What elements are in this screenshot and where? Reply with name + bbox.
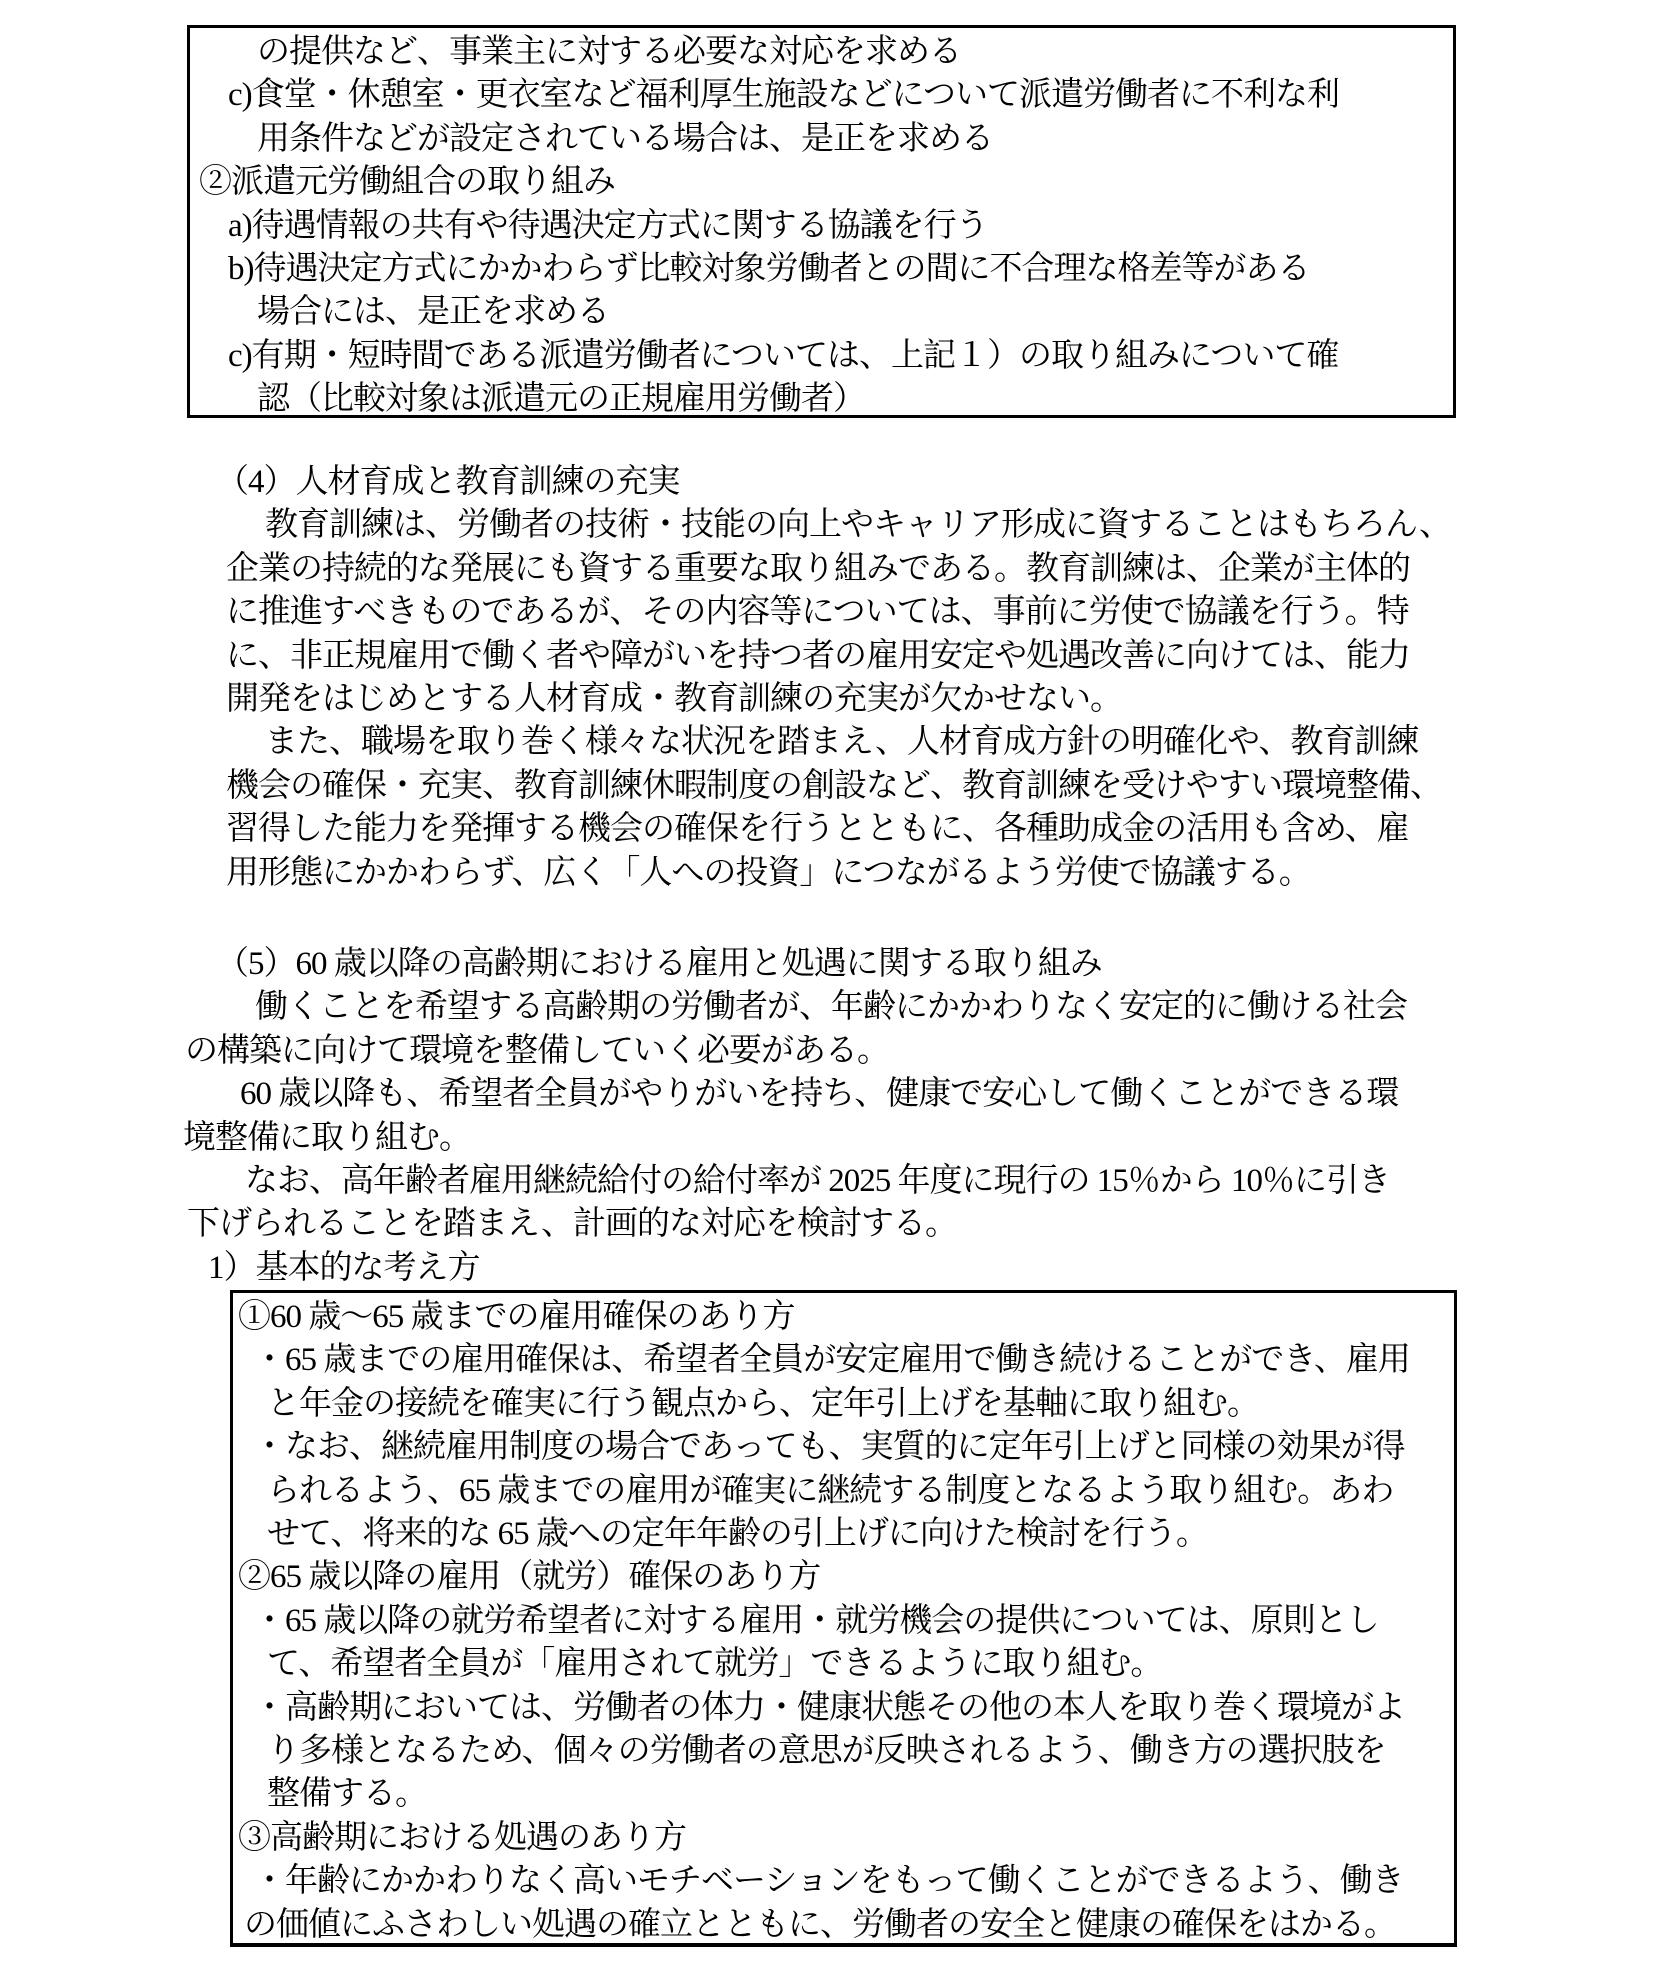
box2-line: ①60 歳～65 歳までの雇用確保のあり方 — [238, 1296, 1450, 1339]
box2-line: ③高齢期における処遇のあり方 — [238, 1817, 1450, 1860]
box2-line: の価値にふさわしい処遇の確立とともに、労働者の安全と健康の確保をはかる。 — [244, 1904, 1450, 1947]
box2-line: と年金の接続を確実に行う観点から、定年引上げを基軸に取り組む。 — [267, 1383, 1450, 1426]
basic-policy-box: ①60 歳～65 歳までの雇用確保のあり方 ・65 歳までの雇用確保は、希望者全… — [230, 1290, 1457, 1947]
box1-line: b)待遇決定方式にかかわらず比較対象労働者との間に不合理な格差等がある — [228, 248, 1449, 291]
paragraph-line: に推進すべきものであるが、その内容等については、事前に労使で協議を行う。特 — [226, 591, 1654, 634]
box1-line: ②派遣元労働組合の取り組み — [199, 161, 1449, 204]
section-4: （4）人材育成と教育訓練の充実 教育訓練は、労働者の技術・技能の向上やキャリア形… — [0, 461, 1654, 895]
paragraph-line: 開発をはじめとする人材育成・教育訓練の充実が欠かせない。 — [226, 678, 1654, 721]
paragraph-line: 企業の持続的な発展にも資する重要な取り組みである。教育訓練は、企業が主体的 — [226, 548, 1654, 591]
paragraph-line: 機会の確保・充実、教育訓練休暇制度の創設など、教育訓練を受けやすい環境整備、 — [226, 765, 1654, 808]
paragraph-line: 習得した能力を発揮する機会の確保を行うとともに、各種助成金の活用も含め、雇 — [226, 808, 1654, 851]
box2-line: 整備する。 — [267, 1773, 1450, 1816]
paragraph-line: 用形態にかかわらず、広く「人への投資」につながるよう労使で協議する。 — [226, 852, 1654, 895]
box2-line: ・年齢にかかわりなく高いモチベーションをもって働くことができるよう、働き — [253, 1860, 1450, 1903]
box1-line: a)待遇情報の共有や待遇決定方式に関する協議を行う — [228, 205, 1449, 248]
box1-line: 用条件などが設定されている場合は、是正を求める — [257, 118, 1449, 161]
box2-line: り多様となるため、個々の労働者の意思が反映されるよう、働き方の選択肢を — [267, 1730, 1450, 1773]
paragraph-line: 働くことを希望する高齢期の労働者が、年齢にかかわりなく安定的に働ける社会 — [255, 986, 1654, 1029]
box2-line: ・65 歳までの雇用確保は、希望者全員が安定雇用で働き続けることができ、雇用 — [253, 1339, 1450, 1382]
box1-line: の提供など、事業主に対する必要な対応を求める — [257, 31, 1449, 74]
section-5-subheading: 1）基本的な考え方 — [208, 1247, 1654, 1290]
box2-line: せて、将来的な 65 歳への定年年齢の引上げに向けた検討を行う。 — [267, 1513, 1450, 1556]
box2-line: ・なお、継続雇用制度の場合であっても、実質的に定年引上げと同様の効果が得 — [253, 1426, 1450, 1469]
section-5-heading: （5）60 歳以降の高齢期における雇用と処遇に関する取り組み — [216, 943, 1654, 986]
section-5: （5）60 歳以降の高齢期における雇用と処遇に関する取り組み 働くことを希望する… — [0, 943, 1654, 1290]
document-page: { "document": { "colors": { "background"… — [0, 0, 1654, 1982]
box1-line: c)食堂・休憩室・更衣室など福利厚生施設などについて派遣労働者に不利な利 — [228, 74, 1449, 117]
box2-line: ・高齢期においては、労働者の体力・健康状態その他の本人を取り巻く環境がよ — [253, 1687, 1450, 1730]
box2-line: て、希望者全員が「雇用されて就労」できるように取り組む。 — [267, 1643, 1450, 1686]
paragraph-line: 教育訓練は、労働者の技術・技能の向上やキャリア形成に資することはもちろん、 — [265, 504, 1654, 547]
paragraph-line: また、職場を取り巻く様々な状況を踏まえ、人材育成方針の明確化や、教育訓練 — [265, 721, 1654, 764]
box2-line: ②65 歳以降の雇用（就労）確保のあり方 — [238, 1556, 1450, 1599]
paragraph-line: 境整備に取り組む。 — [183, 1117, 1654, 1160]
box1-line: 場合には、是正を求める — [257, 291, 1449, 334]
paragraph-line: なお、高年齢者雇用継続給付の給付率が 2025 年度に現行の 15％から 10％… — [245, 1160, 1654, 1203]
paragraph-line: 60 歳以降も、希望者全員がやりがいを持ち、健康で安心して働くことができる環 — [240, 1073, 1654, 1116]
box2-line: ・65 歳以降の就労希望者に対する雇用・就労機会の提供については、原則とし — [253, 1600, 1450, 1643]
box1-line: c)有期・短時間である派遣労働者については、上記１）の取り組みについて確 — [228, 335, 1449, 378]
section-4-heading: （4）人材育成と教育訓練の充実 — [216, 461, 1654, 504]
paragraph-line: の構築に向けて環境を整備していく必要がある。 — [185, 1030, 1654, 1073]
dispatch-measures-box: の提供など、事業主に対する必要な対応を求める c)食堂・休憩室・更衣室など福利厚… — [187, 25, 1456, 418]
paragraph-line: に、非正規雇用で働く者や障がいを持つ者の雇用安定や処遇改善に向けては、能力 — [226, 635, 1654, 678]
paragraph-line: 下げられることを踏まえ、計画的な対応を検討する。 — [187, 1203, 1654, 1246]
box2-line: られるよう、65 歳までの雇用が確実に継続する制度となるよう取り組む。あわ — [267, 1470, 1450, 1513]
box1-line: 認（比較対象は派遣元の正規雇用労働者） — [257, 378, 1449, 421]
